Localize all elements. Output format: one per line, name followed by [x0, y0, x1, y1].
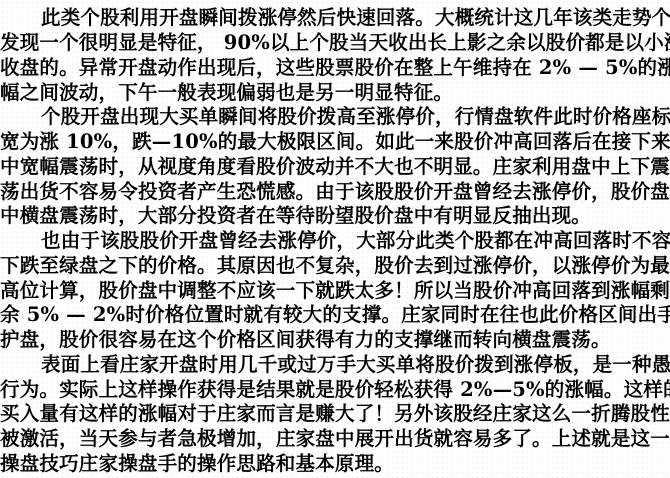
paragraph-3-line-4: 余 5% — 2%时价格位置时就有较大的支撑。庄家同时在往也此价格区间出手 — [0, 303, 670, 327]
paragraph-4-line-3: 买入量有这样的涨幅对于庄家而言是赚大了！另外该股经庄家这么一折腾股性 — [0, 402, 670, 426]
paragraph-3-line-2: 下跌至绿盘之下的价格。其原因也不复杂，股价去到过涨停价，以涨停价为最 — [0, 254, 670, 278]
paragraph-2-line-2: 宽为涨 10%，跌—10%的最大极限区间。如此一来股价冲高回落后在接下来盘 — [0, 130, 670, 154]
paragraph-3-line-1: 也由于该股股价开盘曾经去涨停价，大部分此类个股都在冲高回落时不容易 — [0, 229, 670, 253]
paragraph-1-line-3: 收盘的。异常开盘动作出现后，这些股票股价在整上午维持在 2% — 5%的涨 — [0, 56, 670, 80]
paragraph-4-line-5: 操盘技巧庄家操盘手的操作思路和基本原理。 — [0, 452, 670, 476]
paragraph-4-line-4: 被激活，当天参与者急极增加，庄家盘中展开出货就容易多了。上述就是这一 — [0, 427, 670, 451]
paragraph-4-line-2: 行为。实际上这样操作获得是结果就是股价轻松获得 2%—5%的涨幅。这样的 — [0, 378, 670, 402]
paragraph-3-line-5: 护盘，股价很容易在这个价格区间获得有力的支撑继而转向横盘震荡。 — [0, 328, 670, 352]
paragraph-2-line-1: 个股开盘出现大买单瞬间将股价拨高至涨停价，行情盘软件此时价格座标拓 — [0, 105, 670, 129]
document-page: 此类个股利用开盘瞬间拨涨停然后快速回落。大概统计这几年该类走势个股 发现一个很明… — [0, 0, 670, 478]
paragraph-1-line-4: 幅之间波动，下午一般表现偏弱也是另一明显特征。 — [0, 81, 670, 105]
paragraph-2-line-3: 中宽幅震荡时，从视度角度看股价波动并不大也不明显。庄家利用盘中上下震 — [0, 155, 670, 179]
paragraph-4-line-1: 表面上看庄家开盘时用几千或过万手大买单将股价拨到涨停板，是一种愚蠢 — [0, 353, 670, 377]
paragraph-1-line-1: 此类个股利用开盘瞬间拨涨停然后快速回落。大概统计这几年该类走势个股 — [0, 6, 670, 30]
paragraph-3-line-3: 高位计算，股价盘中调整不应该一下就跌太多！所以当股价冲高回落到涨幅剩 — [0, 279, 670, 303]
paragraph-2-line-5: 中横盘震荡时，大部分投资者在等待盼望股价盘中有明显反抽出现。 — [0, 204, 670, 228]
paragraph-2-line-4: 荡出货不容易令投资者产生恐慌感。由于该股股价开盘曾经去涨停价，股价盘 — [0, 180, 670, 204]
paragraph-1-line-2: 发现一个很明显是特征， 90%以上个股当天收出长上影之余以股价都是以小涨 — [0, 31, 670, 55]
